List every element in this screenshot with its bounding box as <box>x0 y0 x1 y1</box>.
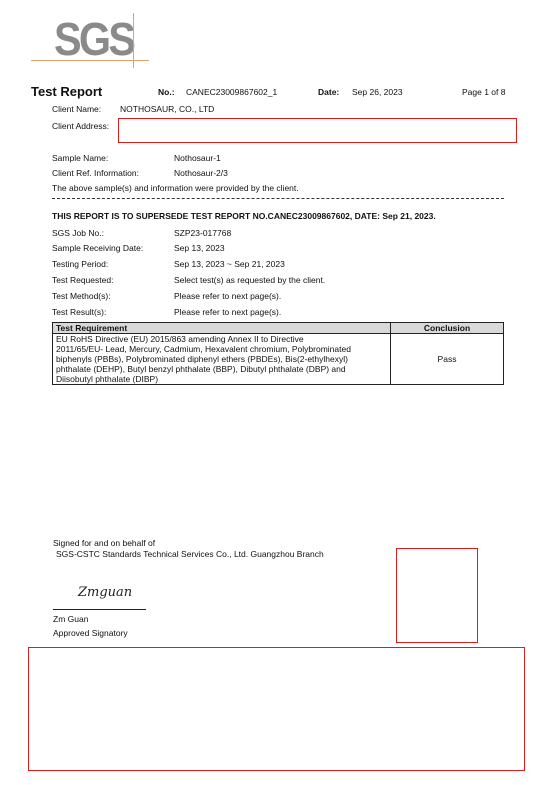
sgs-logo: SGS <box>54 14 133 64</box>
conclusion-cell: Pass <box>391 334 504 385</box>
report-date-value: Sep 26, 2023 <box>352 87 403 98</box>
detail-label: Testing Period: <box>52 259 108 270</box>
logo-accent-line <box>31 60 149 61</box>
requirement-line: phthalate (DEHP), Butyl benzyl phthalate… <box>56 364 387 374</box>
stamp-redaction <box>396 548 478 643</box>
signed-for-text: Signed for and on behalf of <box>53 538 155 549</box>
signatory-title: Approved Signatory <box>53 628 128 639</box>
client-ref-label: Client Ref. Information: <box>52 168 139 179</box>
client-address-redaction <box>118 118 517 143</box>
table-row: EU RoHS Directive (EU) 2015/863 amending… <box>53 334 504 385</box>
report-no-value: CANEC23009867602_1 <box>186 87 277 98</box>
detail-value: Select test(s) as requested by the clien… <box>174 275 325 286</box>
client-address-label: Client Address: <box>52 121 109 132</box>
report-no-label: No.: <box>158 87 175 98</box>
detail-value: Sep 13, 2023 <box>174 243 225 254</box>
detail-label: Test Result(s): <box>52 307 106 318</box>
report-date-label: Date: <box>318 87 339 98</box>
footer-redaction <box>28 647 525 771</box>
signature-line <box>53 609 146 610</box>
requirement-line: 2011/65/EU- Lead, Mercury, Cadmium, Hexa… <box>56 344 387 354</box>
client-name-label: Client Name: <box>52 104 101 115</box>
detail-value: Please refer to next page(s). <box>174 307 281 318</box>
dashed-divider <box>52 198 504 199</box>
logo-accent-line-vertical <box>133 13 134 68</box>
sample-note: The above sample(s) and information were… <box>52 183 299 194</box>
client-ref-value: Nothosaur-2/3 <box>174 168 228 179</box>
test-requirement-table: Test Requirement Conclusion EU RoHS Dire… <box>52 322 504 385</box>
column-header-conclusion: Conclusion <box>391 323 504 334</box>
requirement-line: biphenyls (PBBs), Polybrominated dipheny… <box>56 354 387 364</box>
signature-image: Zmguan <box>78 585 132 600</box>
signing-company: SGS-CSTC Standards Technical Services Co… <box>56 549 324 560</box>
detail-value: Please refer to next page(s). <box>174 291 281 302</box>
detail-label: Test Requested: <box>52 275 113 286</box>
page-indicator: Page 1 of 8 <box>462 87 505 98</box>
sample-name-value: Nothosaur-1 <box>174 153 221 164</box>
sample-name-label: Sample Name: <box>52 153 108 164</box>
requirement-line: EU RoHS Directive (EU) 2015/863 amending… <box>56 334 387 344</box>
detail-label: Test Method(s): <box>52 291 111 302</box>
client-name-value: NOTHOSAUR, CO., LTD <box>120 104 214 115</box>
column-header-requirement: Test Requirement <box>53 323 391 334</box>
detail-value: Sep 13, 2023 ~ Sep 21, 2023 <box>174 259 285 270</box>
report-title: Test Report <box>31 84 102 99</box>
signatory-name: Zm Guan <box>53 614 88 625</box>
supersede-notice: THIS REPORT IS TO SUPERSEDE TEST REPORT … <box>52 211 436 222</box>
table-header-row: Test Requirement Conclusion <box>53 323 504 334</box>
requirement-cell: EU RoHS Directive (EU) 2015/863 amending… <box>53 334 391 385</box>
detail-label: Sample Receiving Date: <box>52 243 143 254</box>
requirement-line: Diisobutyl phthalate (DIBP) <box>56 374 387 384</box>
detail-value: SZP23-017768 <box>174 228 231 239</box>
detail-label: SGS Job No.: <box>52 228 104 239</box>
